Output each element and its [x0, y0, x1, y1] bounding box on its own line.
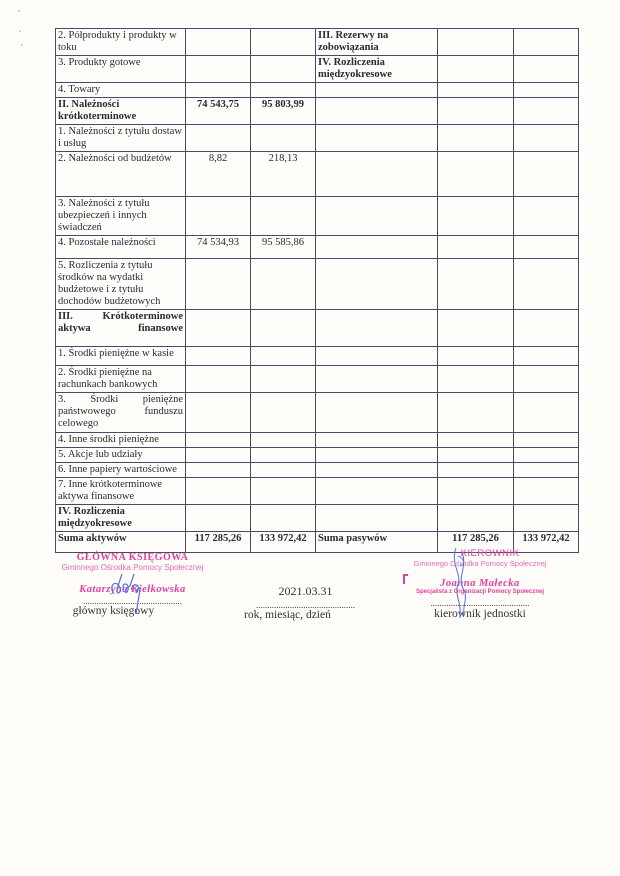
- value-previous-liabilities: [438, 56, 514, 83]
- value-previous-liabilities: [438, 347, 514, 366]
- liabilities-label: [316, 478, 438, 505]
- row-label: 4. Pozostałe należności: [56, 236, 186, 259]
- liabilities-label: [316, 393, 438, 433]
- value-current-assets: [251, 259, 316, 310]
- row-label: Suma aktywów: [56, 532, 186, 553]
- table-row: IV. Rozliczenia międzyokresowe: [56, 505, 579, 532]
- row-label: 6. Inne papiery wartościowe: [56, 463, 186, 478]
- row-label: IV. Rozliczenia międzyokresowe: [56, 505, 186, 532]
- value-previous-assets: [186, 448, 251, 463]
- table-row: 6. Inne papiery wartościowe: [56, 463, 579, 478]
- liabilities-label: [316, 125, 438, 152]
- value-previous-liabilities: [438, 478, 514, 505]
- liabilities-label: [316, 505, 438, 532]
- liabilities-label: [316, 259, 438, 310]
- table-row: 7. Inne krótkoterminowe aktywa finansowe: [56, 478, 579, 505]
- manager-stamp-title: KIEROWNIK: [420, 548, 560, 559]
- value-previous-assets: [186, 125, 251, 152]
- value-previous-liabilities: [438, 152, 514, 197]
- value-current-assets: [251, 478, 316, 505]
- value-current-liabilities: [514, 505, 579, 532]
- accountant-handwritten-signature: [100, 568, 160, 616]
- value-current-liabilities: [514, 478, 579, 505]
- row-label: 5. Akcje lub udziały: [56, 448, 186, 463]
- value-previous-liabilities: [438, 448, 514, 463]
- value-current-assets: [251, 197, 316, 236]
- liabilities-label: IV. Rozliczenia międzyokresowe: [316, 56, 438, 83]
- table-row: 5. Rozliczenia z tytułu środków na wydat…: [56, 259, 579, 310]
- value-previous-liabilities: [438, 310, 514, 347]
- liabilities-label: [316, 197, 438, 236]
- accountant-stamp-title: GŁÓWNA KSIĘGOWA: [45, 552, 220, 563]
- row-label: 7. Inne krótkoterminowe aktywa finansowe: [56, 478, 186, 505]
- value-current-assets: [251, 29, 316, 56]
- liabilities-label: [316, 83, 438, 98]
- row-label: 2. Półprodukty i produkty w toku: [56, 29, 186, 56]
- value-current-liabilities: [514, 393, 579, 433]
- value-current-liabilities: [514, 98, 579, 125]
- value-previous-assets: 8,82: [186, 152, 251, 197]
- value-previous-liabilities: [438, 236, 514, 259]
- value-current-liabilities: [514, 366, 579, 393]
- value-current-assets: [251, 310, 316, 347]
- value-current-liabilities: [514, 29, 579, 56]
- value-current-liabilities: [514, 125, 579, 152]
- date-caption: rok, miesiąc, dzień: [244, 609, 373, 621]
- value-previous-assets: 74 543,75: [186, 98, 251, 125]
- table-row: 3. Należności z tytułu ubezpieczeń i inn…: [56, 197, 579, 236]
- manager-signature-block: KIEROWNIK Gminnego Ośrodka Pomocy Społec…: [400, 548, 560, 620]
- value-current-assets: [251, 125, 316, 152]
- value-current-assets: [251, 433, 316, 448]
- table-row: 4. Inne środki pieniężne: [56, 433, 579, 448]
- report-date: 2021.03.31: [238, 584, 373, 599]
- table-row: 3. Produkty gotoweIV. Rozliczenia między…: [56, 56, 579, 83]
- value-previous-assets: 117 285,26: [186, 532, 251, 553]
- table-row: 4. Towary: [56, 83, 579, 98]
- value-current-assets: 95 585,86: [251, 236, 316, 259]
- manager-stamp-role: Specjalista z Organizacji Pomocy Społecz…: [400, 589, 560, 595]
- value-current-assets: [251, 505, 316, 532]
- value-previous-liabilities: [438, 505, 514, 532]
- value-current-liabilities: [514, 152, 579, 197]
- manager-stamp-name: Joanna Małecka: [400, 578, 560, 589]
- value-current-assets: 133 972,42: [251, 532, 316, 553]
- value-current-assets: [251, 366, 316, 393]
- value-previous-assets: [186, 433, 251, 448]
- value-previous-assets: [186, 29, 251, 56]
- liabilities-label: [316, 347, 438, 366]
- table-row: II. Należności krótkoterminowe74 543,759…: [56, 98, 579, 125]
- row-label: II. Należności krótkoterminowe: [56, 98, 186, 125]
- row-label: 5. Rozliczenia z tytułu środków na wydat…: [56, 259, 186, 310]
- row-label: III. Krótkoterminowe aktywa finansowe: [56, 310, 186, 347]
- value-current-liabilities: [514, 433, 579, 448]
- row-label: 1. Środki pieniężne w kasie: [56, 347, 186, 366]
- value-previous-liabilities: [438, 98, 514, 125]
- value-current-assets: [251, 347, 316, 366]
- date-line: ........................................…: [238, 601, 373, 609]
- table-row: 2. Środki pieniężne na rachunkach bankow…: [56, 366, 579, 393]
- value-previous-liabilities: [438, 393, 514, 433]
- value-current-liabilities: [514, 56, 579, 83]
- table-row: 3. Środki pieniężne państwowego funduszu…: [56, 393, 579, 433]
- table-row: 2. Półprodukty i produkty w tokuIII. Rez…: [56, 29, 579, 56]
- value-current-assets: [251, 56, 316, 83]
- value-previous-liabilities: [438, 125, 514, 152]
- value-current-liabilities: [514, 448, 579, 463]
- table-row: 2. Należności od budżetów8,82218,13: [56, 152, 579, 197]
- manager-stamp-org: Gminnego Ośrodka Pomocy Społecznej: [400, 559, 560, 568]
- row-label: 1. Należności z tytułu dostaw i usług: [56, 125, 186, 152]
- value-previous-liabilities: [438, 433, 514, 448]
- liabilities-label: [316, 310, 438, 347]
- row-label: 4. Towary: [56, 83, 186, 98]
- value-current-liabilities: [514, 236, 579, 259]
- row-label: 3. Produkty gotowe: [56, 56, 186, 83]
- table-row: 5. Akcje lub udziały: [56, 448, 579, 463]
- value-previous-assets: [186, 478, 251, 505]
- manager-handwritten-signature: [448, 544, 478, 620]
- value-previous-assets: [186, 347, 251, 366]
- value-current-assets: [251, 448, 316, 463]
- value-current-liabilities: [514, 259, 579, 310]
- value-current-assets: 218,13: [251, 152, 316, 197]
- row-label: 3. Środki pieniężne państwowego funduszu…: [56, 393, 186, 433]
- value-current-assets: [251, 83, 316, 98]
- value-previous-assets: [186, 56, 251, 83]
- value-previous-assets: [186, 393, 251, 433]
- value-current-assets: [251, 393, 316, 433]
- liabilities-label: [316, 366, 438, 393]
- value-current-assets: 95 803,99: [251, 98, 316, 125]
- table-row: III. Krótkoterminowe aktywa finansowe: [56, 310, 579, 347]
- value-previous-liabilities: [438, 197, 514, 236]
- value-current-liabilities: [514, 347, 579, 366]
- liabilities-label: [316, 236, 438, 259]
- value-previous-assets: [186, 197, 251, 236]
- liabilities-label: [316, 152, 438, 197]
- value-previous-liabilities: [438, 463, 514, 478]
- value-previous-liabilities: [438, 259, 514, 310]
- value-previous-assets: [186, 259, 251, 310]
- row-label: 2. Należności od budżetów: [56, 152, 186, 197]
- liabilities-label: [316, 433, 438, 448]
- value-current-liabilities: [514, 197, 579, 236]
- liabilities-label: [316, 98, 438, 125]
- manager-signature-line: ........................................…: [421, 599, 539, 607]
- table-row: 4. Pozostałe należności74 534,9395 585,8…: [56, 236, 579, 259]
- liabilities-label: III. Rezerwy na zobowiązania: [316, 29, 438, 56]
- value-previous-liabilities: [438, 366, 514, 393]
- value-previous-assets: [186, 310, 251, 347]
- scan-specks: [18, 10, 24, 50]
- value-previous-assets: [186, 463, 251, 478]
- value-previous-assets: [186, 366, 251, 393]
- value-current-liabilities: [514, 83, 579, 98]
- liabilities-label: [316, 448, 438, 463]
- stamp-fragment: [403, 574, 408, 584]
- liabilities-label: [316, 463, 438, 478]
- row-label: 2. Środki pieniężne na rachunkach bankow…: [56, 366, 186, 393]
- value-current-liabilities: [514, 310, 579, 347]
- value-previous-assets: [186, 83, 251, 98]
- value-current-liabilities: [514, 463, 579, 478]
- row-label: 3. Należności z tytułu ubezpieczeń i inn…: [56, 197, 186, 236]
- manager-caption: kierownik jednostki: [400, 608, 560, 620]
- value-current-assets: [251, 463, 316, 478]
- balance-sheet-table: 2. Półprodukty i produkty w tokuIII. Rez…: [55, 28, 579, 553]
- value-previous-liabilities: [438, 29, 514, 56]
- date-block: 2021.03.31 .............................…: [238, 584, 373, 621]
- value-previous-liabilities: [438, 83, 514, 98]
- value-previous-assets: [186, 505, 251, 532]
- row-label: 4. Inne środki pieniężne: [56, 433, 186, 448]
- value-previous-assets: 74 534,93: [186, 236, 251, 259]
- table-row: 1. Należności z tytułu dostaw i usług: [56, 125, 579, 152]
- table-row: 1. Środki pieniężne w kasie: [56, 347, 579, 366]
